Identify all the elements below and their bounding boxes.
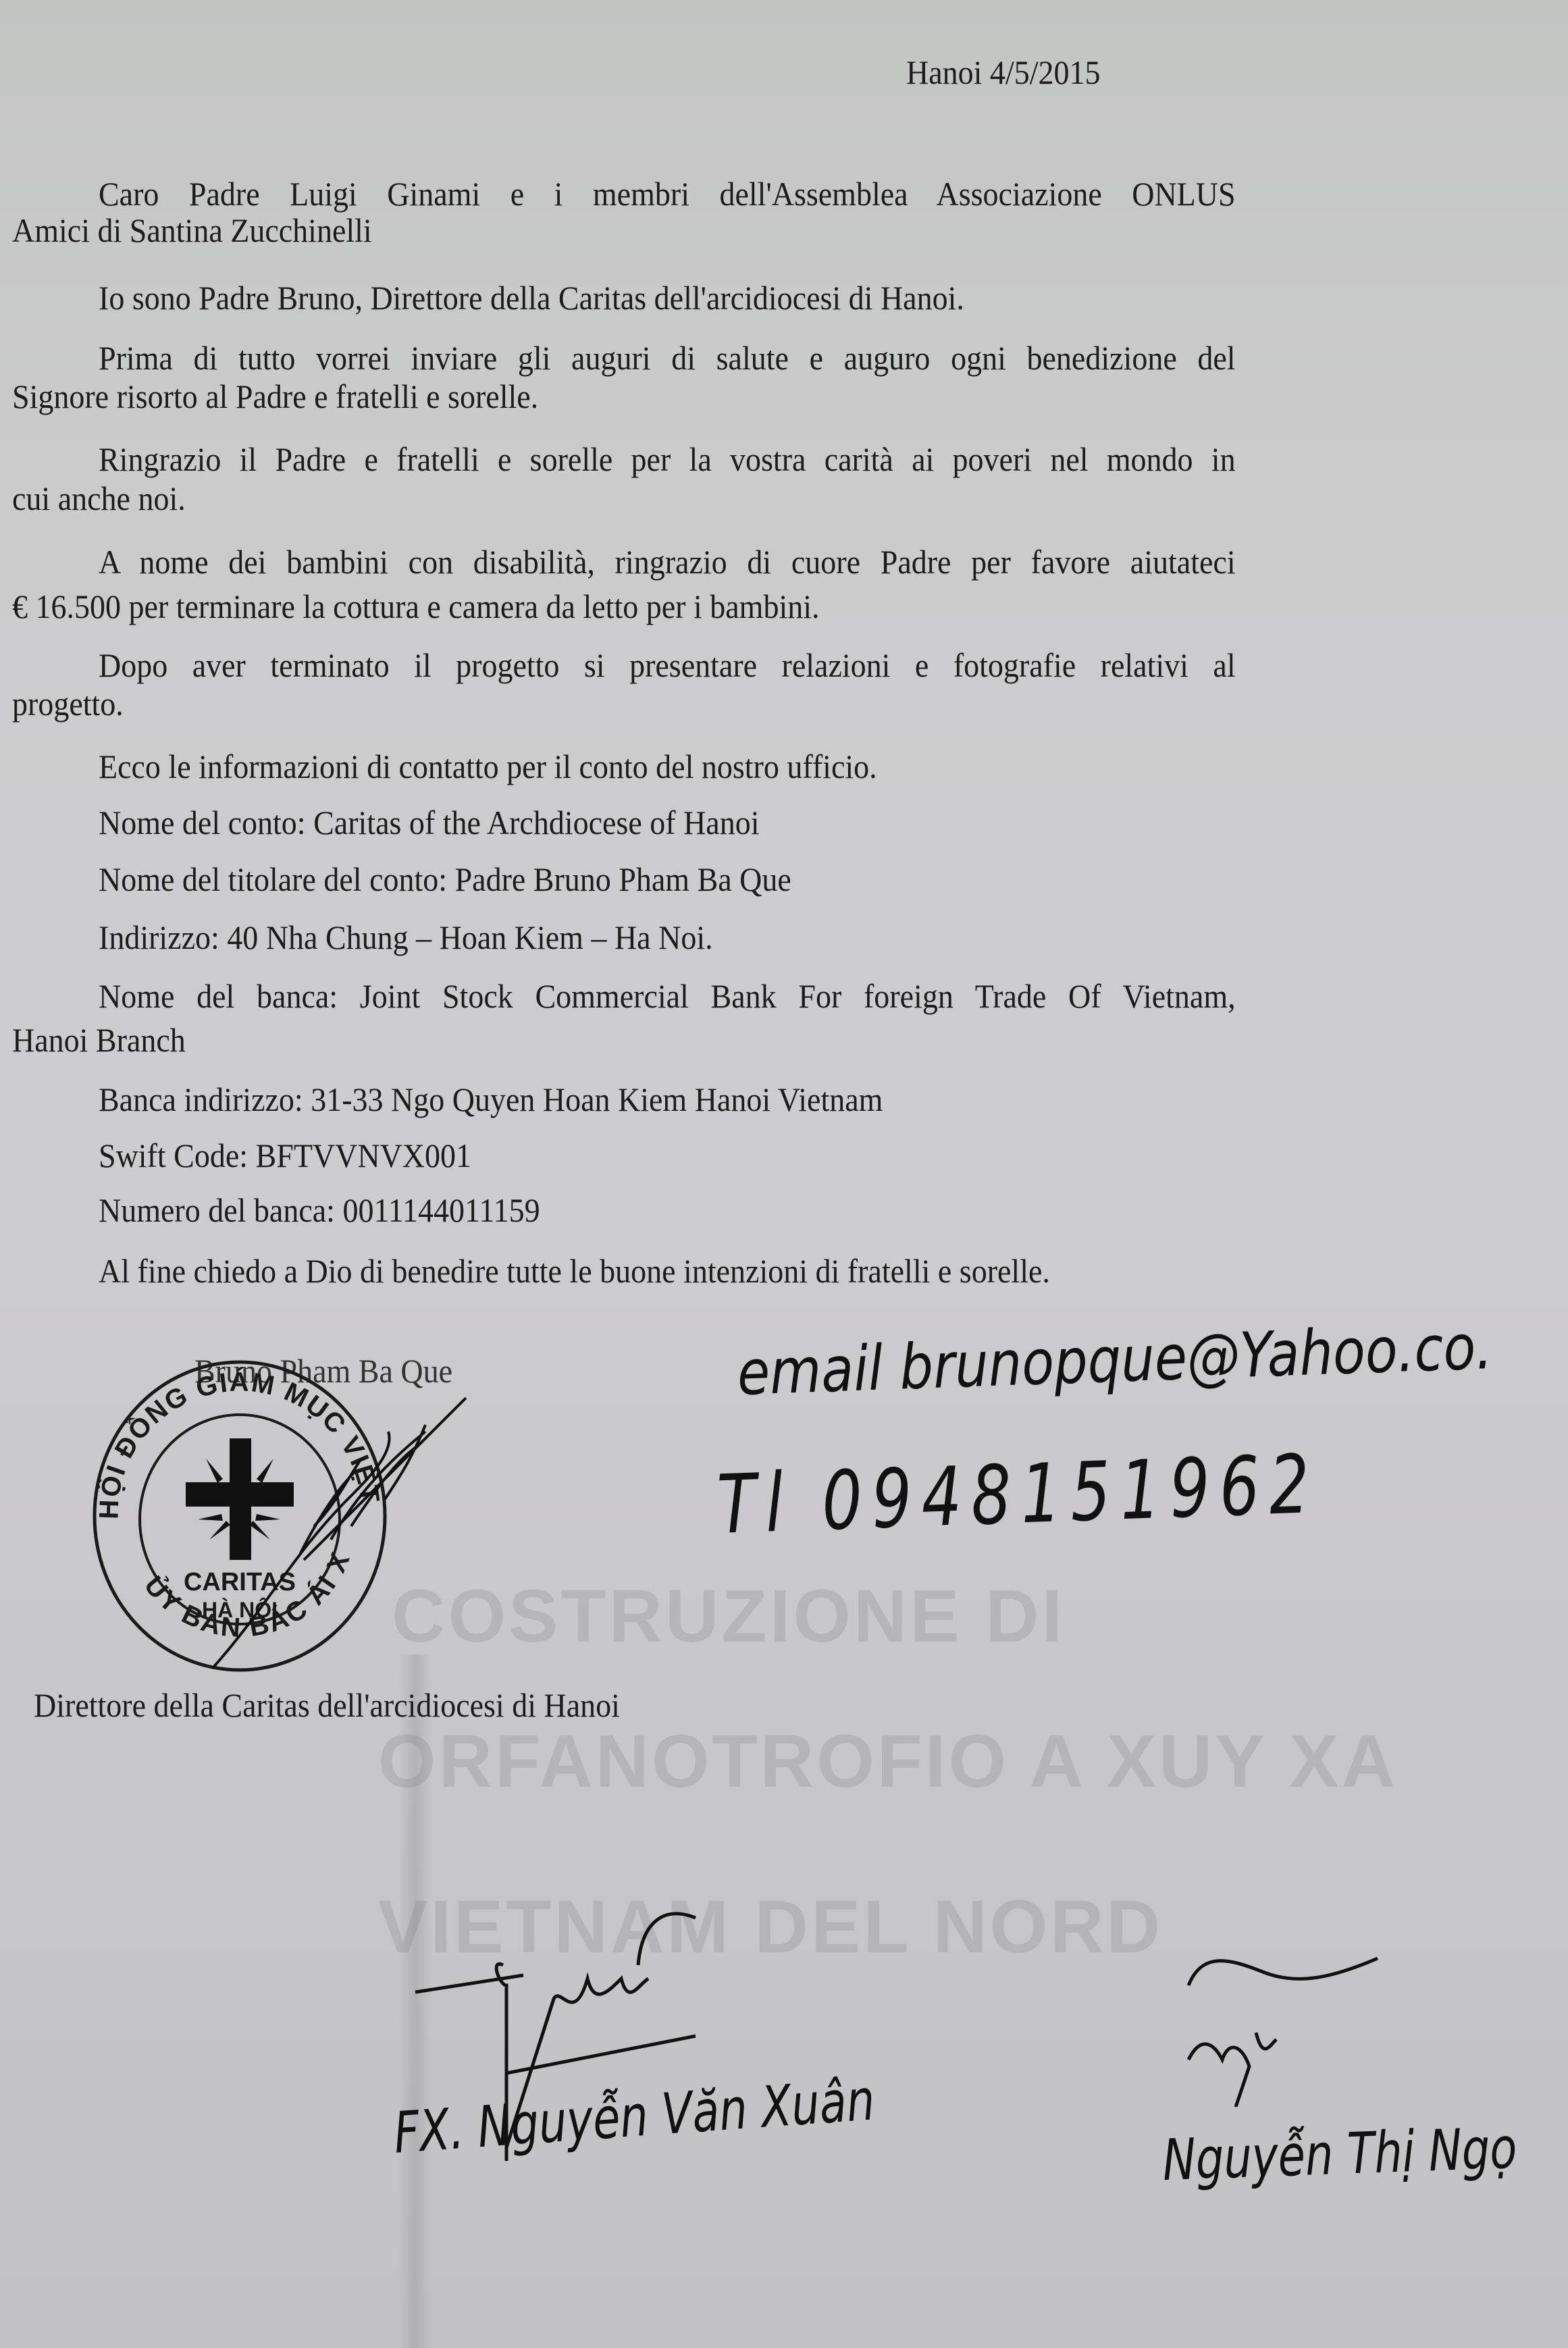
watermark-line-2: ORFANOTROFIO A XUY XA <box>378 1719 1398 1804</box>
thanks-line-1: Ringrazio il Padre e fratelli e sorelle … <box>99 442 1236 476</box>
account-name: Nome del conto: Caritas of the Archdioce… <box>99 806 759 839</box>
intro-paragraph: Io sono Padre Bruno, Direttore della Car… <box>99 281 964 315</box>
closing-paragraph: Al fine chiedo a Dio di benedire tutte l… <box>99 1254 1050 1288</box>
account-holder: Nome del titolare del conto: Padre Bruno… <box>99 862 791 896</box>
contact-intro: Ecco le informazioni di contatto per il … <box>99 750 877 783</box>
signature-ngo <box>1175 1931 1553 2107</box>
report-line-2: progetto. <box>12 687 124 721</box>
bank-address: Banca indirizzo: 31-33 Ngo Quyen Hoan Ki… <box>99 1082 883 1116</box>
greeting-line-1: Prima di tutto vorrei inviare gli auguri… <box>99 341 1236 375</box>
salutation-line-2: Amici di Santina Zucchinelli <box>12 213 372 247</box>
report-line-1: Dopo aver terminato il progetto si prese… <box>99 648 1236 682</box>
letter-date: Hanoi 4/5/2015 <box>906 55 1100 89</box>
bank-name-line-2: Hanoi Branch <box>12 1023 186 1057</box>
greeting-line-2: Signore risorto al Padre e fratelli e so… <box>12 380 538 413</box>
signer-title: Direttore della Caritas dell'arcidiocesi… <box>34 1688 620 1722</box>
account-address: Indirizzo: 40 Nha Chung – Hoan Kiem – Ha… <box>99 920 713 954</box>
caritas-cross-icon <box>186 1438 294 1560</box>
handwritten-email: email brunopque@Yahoo.co. <box>736 1311 1494 1409</box>
bank-number: Numero del banca: 0011144011159 <box>99 1193 540 1227</box>
letter-page: COSTRUZIONE DI ORFANOTROFIO A XUY XA VIE… <box>0 0 1568 2348</box>
bank-name-line-1: Nome del banca: Joint Stock Commercial B… <box>99 979 1236 1013</box>
handwritten-signatory-2: Nguyễn Thị Ngọ <box>1161 2115 1518 2193</box>
watermark-line-1: COSTRUZIONE DI <box>392 1573 1065 1659</box>
request-line-1: A nome dei bambini con disabilità, ringr… <box>99 545 1236 579</box>
thanks-line-2: cui anche noi. <box>12 481 186 515</box>
director-signature <box>290 1384 493 1567</box>
handwritten-phone: Tl 0948151962 <box>716 1438 1320 1553</box>
salutation-line-1: Caro Padre Luigi Ginami e i membri dell'… <box>99 177 1236 211</box>
request-line-2: € 16.500 per terminare la cottura e came… <box>12 590 820 623</box>
swift-code: Swift Code: BFTVVNVX001 <box>99 1139 471 1172</box>
